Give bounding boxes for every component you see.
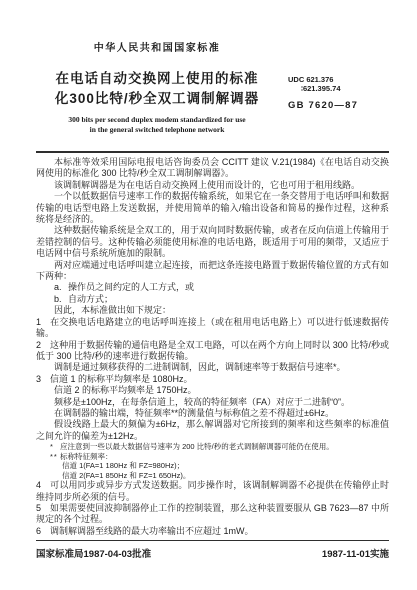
numbered-item: 3信道 1 的标称平均频率是 1080Hz。 xyxy=(36,374,389,385)
header-title-block: 中华人民共和国国家标准 在电话自动交换网上使用的标准 化300比特/秒全双工调制… xyxy=(36,44,278,135)
body-paragraph: 因此，本标准做出如下规定： xyxy=(36,305,389,316)
numbered-item: 1在交换电话电路建立的电话呼叫连接上（或在租用电话电路上）可以进行低速数据传输。 xyxy=(36,317,389,340)
footnote-sub: 信道 2(FA=1 850Hz 和 FZ=1 650Hz)。 xyxy=(36,471,389,481)
implementation-date: 1987-11-01实施 xyxy=(322,546,389,560)
page-content: 中华人民共和国国家标准 在电话自动交换网上使用的标准 化300比特/秒全双工调制… xyxy=(0,0,417,560)
body-paragraph: 在调制器的输出端，特征频率**的测量值与标称值之差不得超过±6Hz。 xyxy=(36,408,389,419)
body-paragraph: 信道 2 的标称平均频率是 1750Hz。 xyxy=(36,385,389,396)
title-cn-line1: 在电话自动交换网上使用的标准 xyxy=(36,69,278,89)
document-footer: 国家标准局1987-04-03批准 1987-11-01实施 xyxy=(36,541,389,560)
body-paragraph: 这种数据传输系统是全双工的，用于双向同时数据传输，或者在反向信道上传输用于差错控… xyxy=(36,225,389,259)
footnote-marker: ** xyxy=(50,452,60,462)
footnote: **标称特征频率： xyxy=(36,452,389,462)
header-divider-rule xyxy=(36,151,389,153)
footnote-sub: 信道 1(FA=1 180Hz 和 FZ=980Hz)； xyxy=(36,461,389,471)
approval-date: 国家标准局1987-04-03批准 xyxy=(36,546,151,560)
body-paragraph: 该调制解调器是为在电话自动交换网上使用而设计的，它也可用于租用线路。 xyxy=(36,180,389,191)
item-number: 4 xyxy=(36,480,50,491)
national-standard-label: 中华人民共和国国家标准 xyxy=(36,44,278,54)
document-title-chinese: 在电话自动交换网上使用的标准 化300比特/秒全双工调制解调器 xyxy=(36,69,278,109)
standard-document-page: 中华人民共和国国家标准 在电话自动交换网上使用的标准 化300比特/秒全双工调制… xyxy=(0,0,417,590)
item-number: 3 xyxy=(36,374,50,385)
body-paragraph: 调制是通过频移获得的二进制调制，因此，调制速率等于数据信号速率*。 xyxy=(36,362,389,373)
list-item: b.自动方式； xyxy=(36,294,389,305)
title-cn-line2: 化300比特/秒全双工调制解调器 xyxy=(36,89,278,109)
udc-number-line1: UDC 621.376 xyxy=(288,75,389,84)
list-item: a.操作员之间约定的人工方式，或 xyxy=(36,282,389,293)
body-paragraph: 假设线路上最大的频偏为±6Hz，那么解调器对它所接到的频率和这些频率的标准值之间… xyxy=(36,419,389,442)
numbered-item: 4可以用同步或异步方式发送数据。同步操作时，该调制解调器不必提供在传输停止时维持… xyxy=(36,480,389,503)
title-en-line2: in the general switched telephone networ… xyxy=(36,125,278,135)
item-number: 5 xyxy=(36,503,50,514)
body-paragraph: 两对应端通过电话呼叫建立起连接，而把这条连接电路置于数据传输位置的方式有如下两种… xyxy=(36,260,389,283)
list-item-label: b. xyxy=(54,294,68,305)
numbered-item: 2这种用于数据传输的通信电路是全双工电路，可以在两个方向上同时以 300 比特/… xyxy=(36,340,389,363)
footnote: *应注意到一些以最大数据信号速率为 200 比特/秒的老式调制解调器可能仍在使用… xyxy=(36,442,389,452)
item-number: 1 xyxy=(36,317,50,328)
body-paragraph: 一个以低数据信号速率工作的数据传输系统，如果它在一条交替用于电话呼叫和数据传输的… xyxy=(36,191,389,225)
numbered-item: 5如果需要使回波抑制器停止工作的控制装置，那么这种装置要服从 GB 7623—8… xyxy=(36,503,389,526)
item-number: 2 xyxy=(36,340,50,351)
body-paragraph: 本标准等效采用国际电报电话咨询委员会 CCITT 建议 V.21(1984)《在… xyxy=(36,157,389,180)
item-number: 6 xyxy=(36,526,50,537)
document-title-english: 300 bits per second duplex modem standar… xyxy=(36,115,278,135)
document-body: 本标准等效采用国际电报电话咨询委员会 CCITT 建议 V.21(1984)《在… xyxy=(36,157,389,537)
document-header: 中华人民共和国国家标准 在电话自动交换网上使用的标准 化300比特/秒全双工调制… xyxy=(36,44,389,135)
body-paragraph: 频移是±100Hz，在每条信道上，较高的特征频率（FA）对应于二进制“0”。 xyxy=(36,397,389,408)
title-en-line1: 300 bits per second duplex modem standar… xyxy=(36,115,278,125)
header-reference-block: UDC 621.376 ∶621.395.74 GB 7620—87 xyxy=(278,44,389,135)
udc-number-line2: ∶621.395.74 xyxy=(288,84,389,93)
list-item-label: a. xyxy=(54,282,68,293)
numbered-item: 6调制解调器至线路的最大功率输出不应超过 1mW。 xyxy=(36,526,389,537)
standard-number: GB 7620—87 xyxy=(288,100,389,111)
footnote-marker: * xyxy=(50,442,60,452)
